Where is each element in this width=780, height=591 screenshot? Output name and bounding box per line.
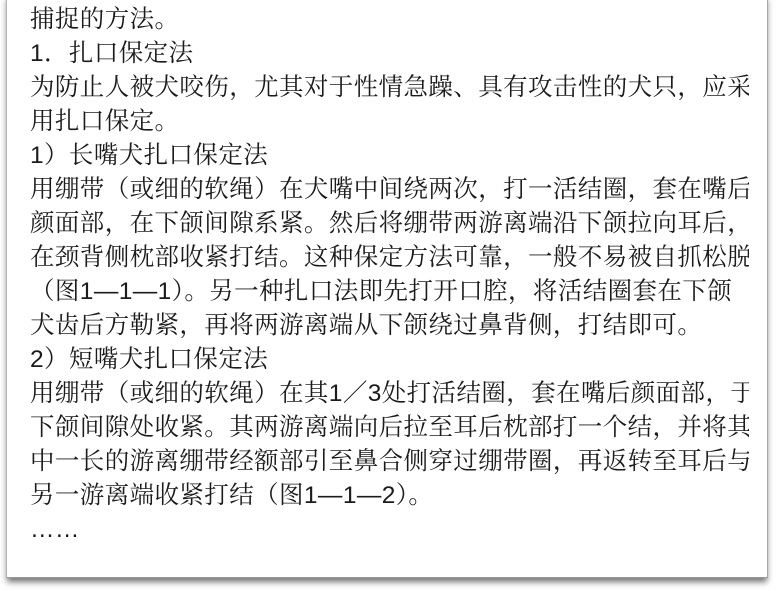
text-line: 另一游离端收紧打结（图1—1—2）。 — [30, 479, 749, 513]
text-line: 用绷带（或细的软绳）在犬嘴中间绕两次，打一活结圈，套在嘴后 — [30, 173, 749, 207]
document-text-block: 捕捉的方法。 1．扎口保定法 为防止人被犬咬伤，尤其对于性情急躁、具有攻击性的犬… — [7, 0, 767, 547]
heading-line: 1．扎口保定法 — [30, 37, 749, 71]
document-page[interactable]: 捕捉的方法。 1．扎口保定法 为防止人被犬咬伤，尤其对于性情急躁、具有攻击性的犬… — [6, 0, 768, 578]
text-line: 中一长的游离绷带经额部引至鼻合侧穿过绷带圈，再返转至耳后与 — [30, 445, 749, 479]
text-line: 下颌间隙处收紧。其两游离端向后拉至耳后枕部打一个结，并将其 — [30, 411, 749, 445]
ellipsis-line: …… — [30, 513, 749, 547]
heading-line: 1）长嘴犬扎口保定法 — [30, 139, 749, 173]
text-line: 颜面部，在下颌间隙系紧。然后将绷带两游离端沿下颌拉向耳后， — [30, 207, 749, 241]
text-line: 用扎口保定。 — [30, 105, 749, 139]
text-line: 在颈背侧枕部收紧打结。这种保定方法可靠，一般不易被自抓松脱 — [30, 241, 749, 275]
text-line: 犬齿后方勒紧，再将两游离端从下颌绕过鼻背侧，打结即可。 — [30, 309, 749, 343]
text-line: 为防止人被犬咬伤，尤其对于性情急躁、具有攻击性的犬只，应采 — [30, 71, 749, 105]
text-line: 用绷带（或细的软绳）在其1／3处打活结圈，套在嘴后颜面部，于 — [30, 377, 749, 411]
text-line: （图1—1—1）。另一种扎口法即先打开口腔，将活结圈套在下颌 — [30, 275, 749, 309]
text-line: 捕捉的方法。 — [30, 3, 749, 37]
heading-line: 2）短嘴犬扎口保定法 — [30, 343, 749, 377]
